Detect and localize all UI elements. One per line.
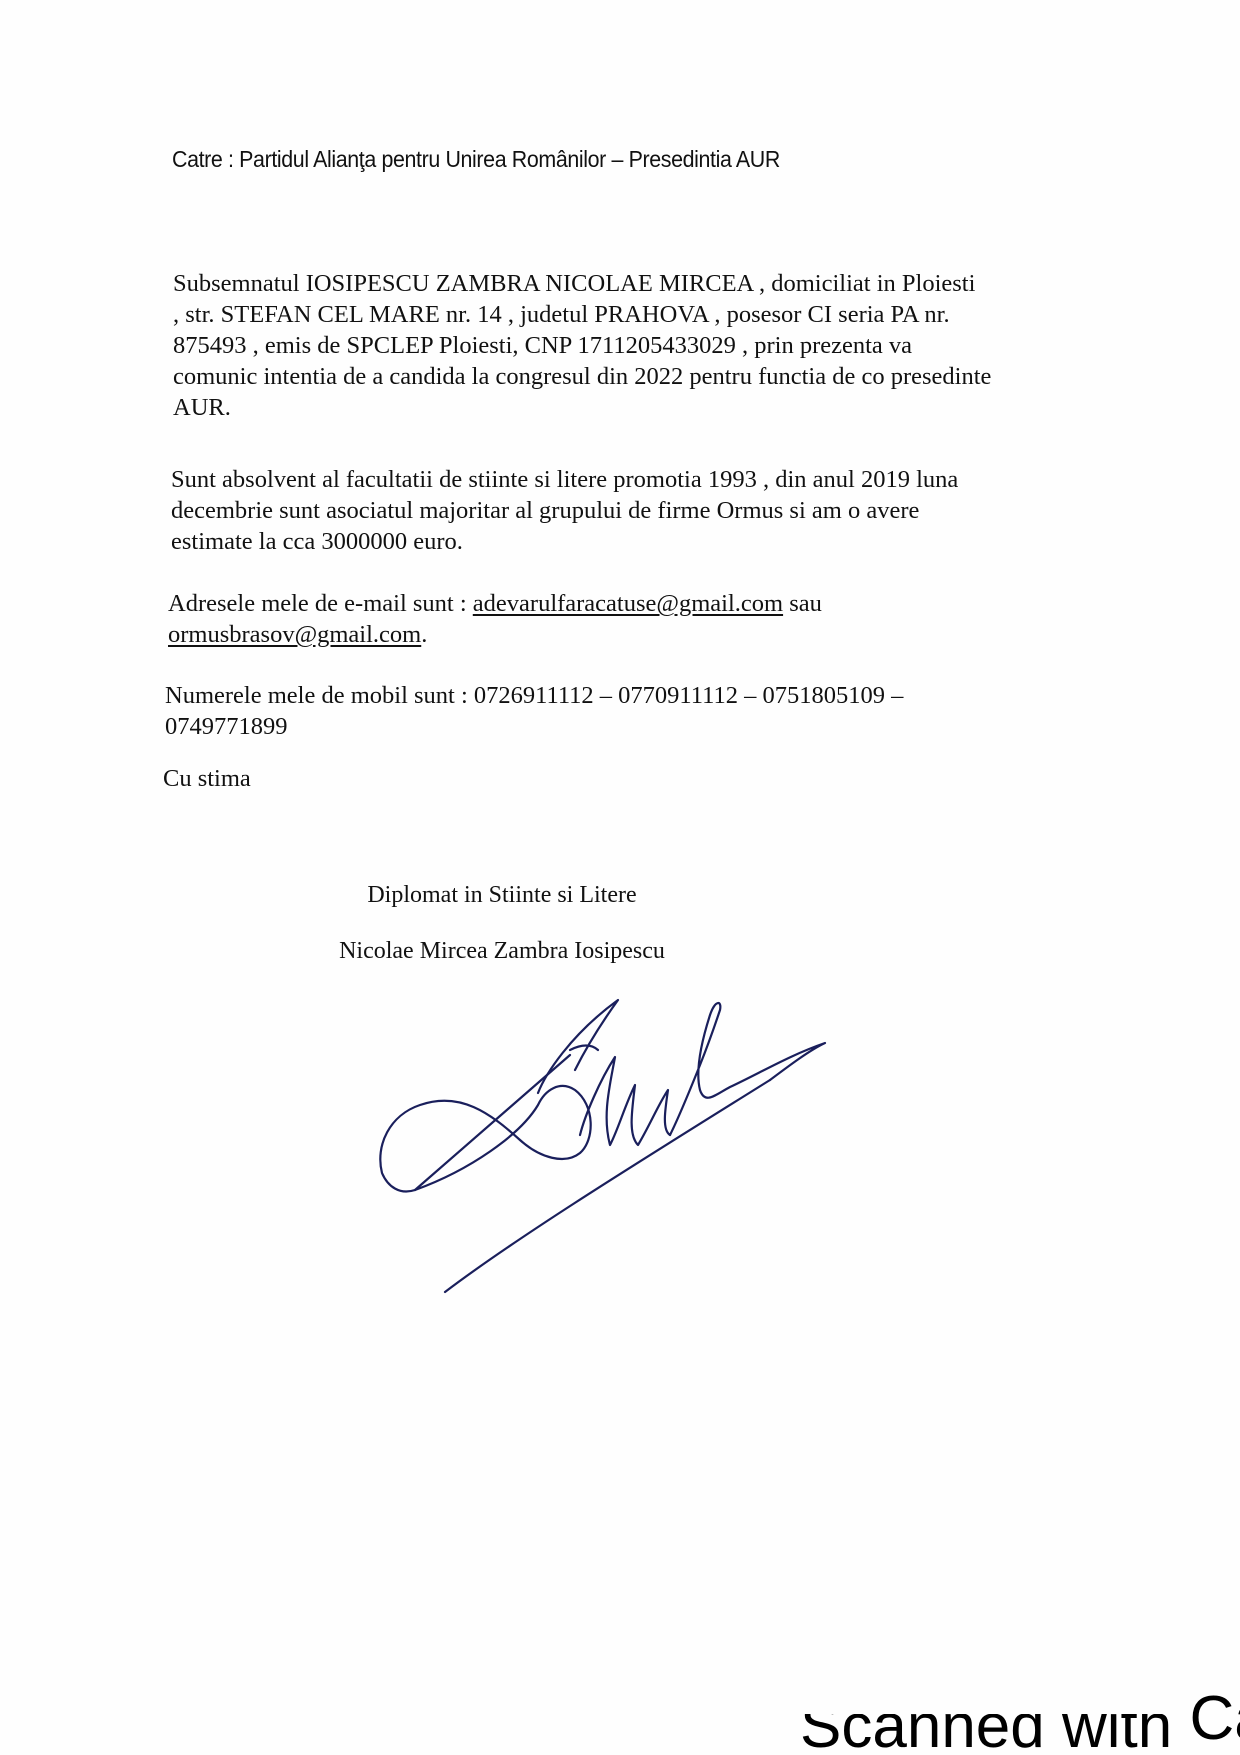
email-link-primary[interactable]: adevarulfaracatuse@gmail.com (473, 590, 783, 617)
text-line: , str. STEFAN CEL MARE nr. 14 , judetul … (173, 299, 1103, 330)
text-line: 875493 , emis de SPCLEP Ploiesti, CNP 17… (173, 330, 1103, 361)
addressee-line: Catre : Partidul Alianţa pentru Unirea R… (172, 146, 780, 173)
watermark-clipped-text: Scanned with (800, 1714, 1172, 1750)
text-line: AUR. (173, 392, 1103, 423)
scanner-watermark: Scanned with Ca (800, 1688, 1240, 1750)
text-line: ormusbrasov@gmail.com. (168, 619, 1068, 650)
text-line: comunic intentia de a candida la congres… (173, 361, 1103, 392)
email-paragraph: Adresele mele de e-mail sunt : adevarulf… (168, 588, 1068, 650)
email-prefix: Adresele mele de e-mail sunt : (168, 590, 473, 617)
background-paragraph: Sunt absolvent al facultatii de stiinte … (171, 464, 1071, 557)
closing-salutation: Cu stima (163, 763, 251, 794)
text-line: decembrie sunt asociatul majoritar al gr… (171, 495, 1071, 526)
email-separator: sau (783, 590, 822, 617)
signatory-name: Nicolae Mircea Zambra Iosipescu (0, 938, 1122, 965)
signatory-title: Diplomat in Stiinte si Litere (0, 882, 1122, 909)
watermark-visible-text: Ca (1189, 1684, 1240, 1753)
declaration-paragraph: Subsemnatul IOSIPESCU ZAMBRA NICOLAE MIR… (173, 268, 1103, 423)
handwritten-signature (370, 995, 830, 1295)
text-line: 0749771899 (165, 711, 1065, 742)
email-suffix: . (421, 621, 427, 648)
text-line: Adresele mele de e-mail sunt : adevarulf… (168, 588, 1068, 619)
text-line: estimate la cca 3000000 euro. (171, 526, 1071, 557)
text-line: Sunt absolvent al facultatii de stiinte … (171, 464, 1071, 495)
scanned-letter-page: Catre : Partidul Alianţa pentru Unirea R… (0, 0, 1240, 1755)
text-line: Subsemnatul IOSIPESCU ZAMBRA NICOLAE MIR… (173, 268, 1103, 299)
email-link-secondary[interactable]: ormusbrasov@gmail.com (168, 621, 421, 648)
phone-paragraph: Numerele mele de mobil sunt : 0726911112… (165, 680, 1065, 742)
text-line: Numerele mele de mobil sunt : 0726911112… (165, 680, 1065, 711)
